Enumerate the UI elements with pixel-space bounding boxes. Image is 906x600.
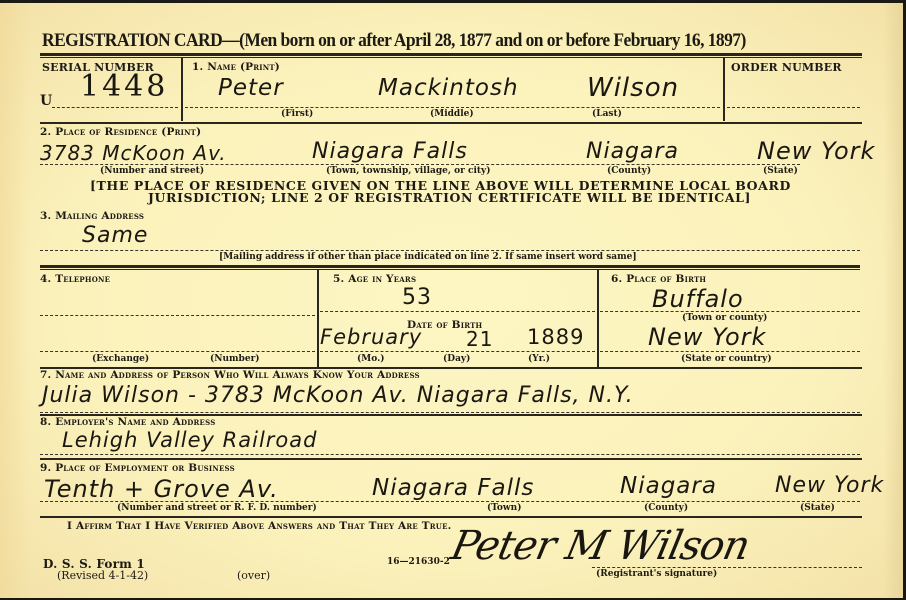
age-line — [320, 311, 595, 312]
order-number-label: ORDER NUMBER — [731, 61, 842, 74]
day-caption: (Day) — [443, 354, 470, 364]
dob-line — [320, 351, 595, 352]
row-rule — [40, 122, 862, 124]
town-caption: (Town, township, village, or city) — [326, 166, 491, 176]
mailing-caption: [Mailing address if other than place ind… — [219, 252, 637, 262]
employment-state-caption: (State) — [800, 503, 835, 513]
residence-label: 2. Place of Residence (Print) — [40, 126, 201, 138]
first-caption: (First) — [281, 109, 313, 119]
birthplace-line — [600, 311, 860, 312]
employment-town-caption: (Town) — [487, 503, 521, 513]
divider — [597, 269, 599, 367]
age-value[interactable]: 53 — [402, 285, 432, 310]
form-revised: (Revised 4-1-42) — [57, 569, 148, 582]
birthplace-town-value[interactable]: Buffalo — [652, 285, 744, 313]
last-name-value[interactable]: Wilson — [587, 73, 679, 103]
birthplace-state-value[interactable]: New York — [648, 323, 766, 351]
dob-year-value[interactable]: 1889 — [527, 325, 584, 349]
signature-line — [592, 567, 862, 568]
telephone-label: 4. Telephone — [40, 273, 110, 285]
row-rule-thin — [40, 269, 860, 270]
employment-label: 9. Place of Employment or Business — [40, 462, 235, 474]
mailing-address-value[interactable]: Same — [82, 223, 148, 248]
registration-card: REGISTRATION CARD—(Men born on or after … — [0, 0, 903, 598]
serial-prefix: U — [40, 93, 52, 109]
middle-caption: (Middle) — [430, 109, 474, 119]
residence-county-value[interactable]: Niagara — [586, 139, 679, 164]
age-label: 5. Age in Years — [333, 273, 416, 285]
row-rule — [40, 458, 862, 460]
county-caption: (County) — [607, 166, 651, 176]
number-caption: (Number) — [210, 354, 260, 364]
name-label: 1. Name (Print) — [192, 61, 280, 73]
employment-county-caption: (County) — [644, 503, 688, 513]
dob-month-value[interactable]: February — [320, 325, 422, 349]
contact-label: 7. Name and Address of Person Who Will A… — [40, 369, 420, 381]
order-number-line — [727, 107, 860, 108]
contact-value[interactable]: Julia Wilson - 3783 McKoon Av. Niagara F… — [42, 383, 634, 408]
divider — [181, 58, 183, 121]
employer-line — [40, 454, 860, 455]
row-rule — [40, 516, 862, 518]
over-note: (over) — [237, 569, 270, 582]
exchange-caption: (Exchange) — [92, 354, 149, 364]
mailing-address-label: 3. Mailing Address — [40, 210, 144, 222]
street-caption: (Number and street) — [100, 166, 204, 176]
signature-caption: (Registrant's signature) — [596, 569, 717, 579]
telephone-line — [40, 351, 315, 352]
print-code: 16—21630-2 — [387, 557, 450, 567]
employer-label: 8. Employer's Name and Address — [40, 416, 215, 428]
name-line — [185, 107, 720, 108]
residence-notice-line2: JURISDICTION; LINE 2 OF REGISTRATION CER… — [148, 191, 751, 204]
employment-line — [40, 501, 860, 502]
card-edge-shading — [883, 3, 903, 598]
birthplace-line — [600, 351, 860, 352]
serial-line — [52, 107, 178, 108]
affirmation-text: I Affirm That I Have Verified Above Answ… — [67, 520, 452, 532]
divider — [317, 269, 319, 367]
employer-value[interactable]: Lehigh Valley Railroad — [62, 428, 317, 452]
mailing-line — [40, 250, 860, 251]
employment-county-value[interactable]: Niagara — [620, 473, 717, 499]
serial-number-value[interactable]: 1448 — [80, 69, 168, 104]
birthplace-label: 6. Place of Birth — [611, 273, 706, 285]
title-rule — [40, 53, 862, 56]
dob-day-value[interactable]: 21 — [466, 327, 493, 351]
employment-street-value[interactable]: Tenth + Grove Av. — [44, 475, 279, 503]
card-edge-shading — [0, 3, 30, 598]
year-caption: (Yr.) — [528, 354, 550, 364]
employment-town-value[interactable]: Niagara Falls — [372, 475, 534, 501]
employment-state-value[interactable]: New York — [775, 473, 884, 498]
title-rule-thin — [40, 57, 862, 58]
birthplace-town-caption: (Town or county) — [682, 313, 767, 323]
month-caption: (Mo.) — [357, 354, 384, 364]
last-caption: (Last) — [592, 109, 622, 119]
employment-street-caption: (Number and street or R. F. D. number) — [117, 503, 317, 513]
residence-state-value[interactable]: New York — [757, 137, 875, 165]
row-rule — [40, 265, 860, 268]
contact-line — [40, 412, 860, 413]
registrant-signature[interactable]: Peter M Wilson — [447, 523, 753, 569]
residence-line — [40, 164, 800, 165]
telephone-line — [40, 315, 315, 316]
card-title: REGISTRATION CARD—(Men born on or after … — [42, 30, 746, 52]
state-caption: (State) — [763, 166, 798, 176]
middle-name-value[interactable]: Mackintosh — [378, 75, 519, 101]
birthplace-state-caption: (State or country) — [681, 354, 772, 364]
residence-town-value[interactable]: Niagara Falls — [312, 139, 468, 164]
divider — [723, 58, 725, 121]
first-name-value[interactable]: Peter — [218, 75, 284, 101]
residence-street-value[interactable]: 3783 McKoon Av. — [40, 141, 227, 165]
